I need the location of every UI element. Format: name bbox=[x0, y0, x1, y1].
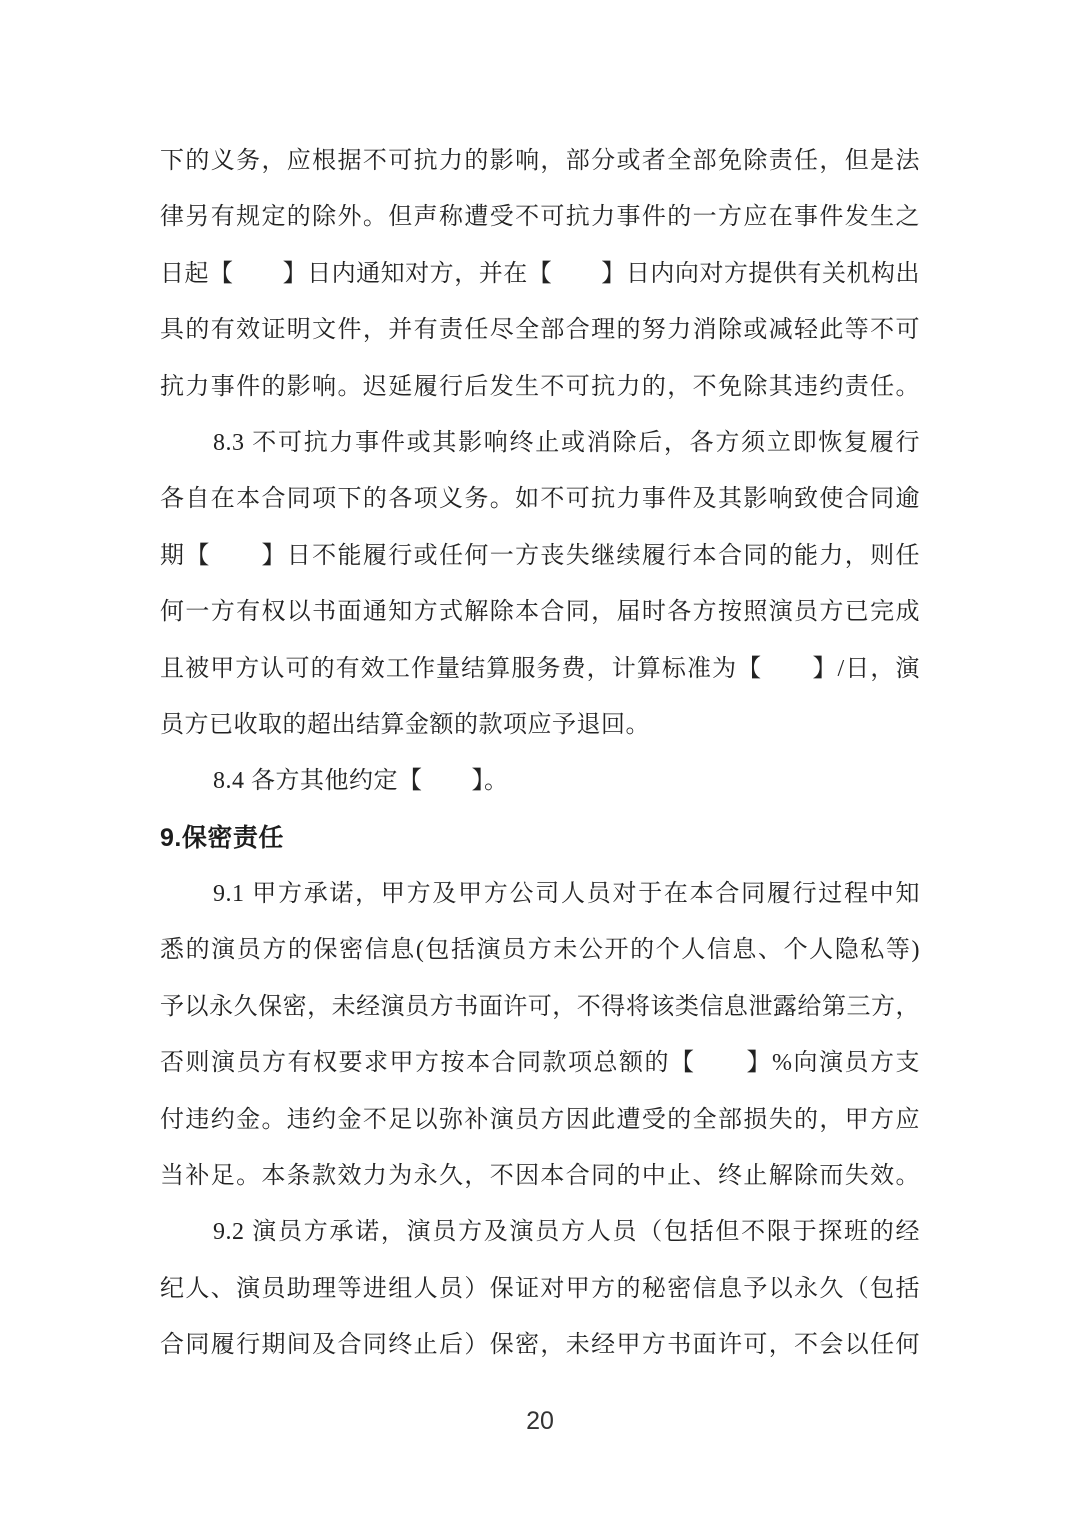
clause-8-3-start-line: 8.3 不可抗力事件或其影响终止或消除后，各方须立即恢复履行 bbox=[160, 415, 920, 471]
clause-8-3-continuation-line: 何一方有权以书面通知方式解除本合同，届时各方按照演员方已完成 bbox=[160, 584, 920, 640]
clause-9-1-continuation-line: 予以永久保密，未经演员方书面许可，不得将该类信息泄露给第三方， bbox=[160, 979, 920, 1035]
clause-8-3-continuation-line: 各自在本合同项下的各项义务。如不可抗力事件及其影响致使合同逾 bbox=[160, 471, 920, 527]
section-9-heading: 9.保密责任 bbox=[160, 810, 920, 866]
clause-8-2-blank-days-line: 日起【 】日内通知对方，并在【 】日内向对方提供有关机构出 bbox=[160, 246, 920, 302]
clause-8-3-blank-days-line: 期【 】日不能履行或任何一方丧失继续履行本合同的能力，则任 bbox=[160, 528, 920, 584]
clause-9-1-end-line: 当补足。本条款效力为永久，不因本合同的中止、终止解除而失效。 bbox=[160, 1148, 920, 1204]
clause-8-3-end-line: 员方已收取的超出结算金额的款项应予退回。 bbox=[160, 697, 920, 753]
clause-9-1-continuation-line: 付违约金。违约金不足以弥补演员方因此遭受的全部损失的，甲方应 bbox=[160, 1092, 920, 1148]
page-number: 20 bbox=[0, 1404, 1080, 1438]
document-page: 下的义务，应根据不可抗力的影响，部分或者全部免除责任，但是法 律另有规定的除外。… bbox=[0, 0, 1080, 1527]
clause-8-2-continuation-line: 下的义务，应根据不可抗力的影响，部分或者全部免除责任，但是法 bbox=[160, 133, 920, 189]
clause-8-2-end-line: 抗力事件的影响。迟延履行后发生不可抗力的，不免除其违约责任。 bbox=[160, 359, 920, 415]
contract-text-body: 下的义务，应根据不可抗力的影响，部分或者全部免除责任，但是法 律另有规定的除外。… bbox=[160, 133, 920, 1374]
clause-8-2-continuation-line: 律另有规定的除外。但声称遭受不可抗力事件的一方应在事件发生之 bbox=[160, 189, 920, 245]
clause-8-2-continuation-line: 具的有效证明文件，并有责任尽全部合理的努力消除或减轻此等不可 bbox=[160, 302, 920, 358]
clause-9-1-percent-blank-line: 否则演员方有权要求甲方按本合同款项总额的【 】%向演员方支 bbox=[160, 1035, 920, 1091]
clause-9-2-continuation-line: 合同履行期间及合同终止后）保密，未经甲方书面许可，不会以任何 bbox=[160, 1317, 920, 1373]
clause-9-1-start-line: 9.1 甲方承诺，甲方及甲方公司人员对于在本合同履行过程中知 bbox=[160, 866, 920, 922]
clause-8-3-rate-blank-line: 且被甲方认可的有效工作量结算服务费，计算标准为【 】/日，演 bbox=[160, 641, 920, 697]
clause-9-2-continuation-line: 纪人、演员助理等进组人员）保证对甲方的秘密信息予以永久（包括 bbox=[160, 1261, 920, 1317]
clause-9-1-continuation-line: 悉的演员方的保密信息(包括演员方未公开的个人信息、个人隐私等) bbox=[160, 922, 920, 978]
clause-9-2-start-line: 9.2 演员方承诺，演员方及演员方人员（包括但不限于探班的经 bbox=[160, 1204, 920, 1260]
clause-8-4-line: 8.4 各方其他约定【 】。 bbox=[160, 753, 920, 809]
